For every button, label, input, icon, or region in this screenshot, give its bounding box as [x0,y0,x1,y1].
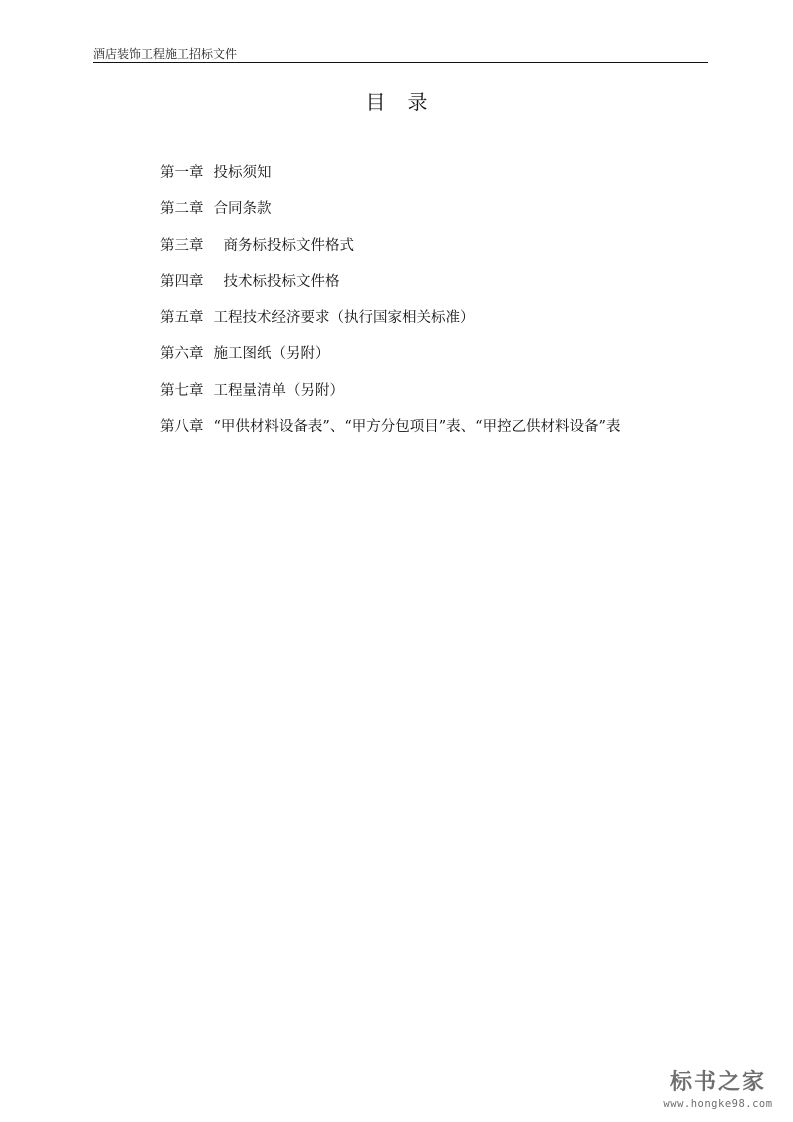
toc-chapter-title: 工程技术经济要求（执行国家相关标准） [214,310,475,326]
toc-chapter-number: 第一章 [160,163,204,183]
toc-item-2[interactable]: 第二章合同条款 [160,199,620,235]
watermark-url: www.hongke98.com [643,1098,793,1110]
toc-chapter-number: 第六章 [160,344,204,364]
toc-chapter-title: 投标须知 [214,165,272,181]
watermark-logo: 标书之家 www.hongke98.com [643,1065,793,1110]
toc-chapter-number: 第三章 [160,236,204,256]
toc-chapter-title: 工程量清单（另附） [214,383,345,399]
page-title: 目录 [0,86,793,115]
toc-chapter-title: 施工图纸（另附） [214,346,330,362]
toc-item-1[interactable]: 第一章投标须知 [160,163,620,199]
toc-chapter-number: 第二章 [160,199,204,219]
page-title-char-2: 录 [408,86,428,115]
toc-item-7[interactable]: 第七章工程量清单（另附） [160,381,620,417]
toc-chapter-number: 第八章 [160,417,204,437]
toc-item-3[interactable]: 第三章商务标投标文件格式 [160,236,620,272]
toc-chapter-number: 第五章 [160,308,204,328]
toc-chapter-title: 合同条款 [214,201,272,217]
toc-chapter-title: 商务标投标文件格式 [224,238,355,254]
header-divider [93,62,708,63]
toc-chapter-number: 第四章 [160,272,204,292]
running-header: 酒店装饰工程施工招标文件 [93,45,237,62]
toc-item-5[interactable]: 第五章工程技术经济要求（执行国家相关标准） [160,308,620,344]
toc-item-4[interactable]: 第四章技术标投标文件格 [160,272,620,308]
table-of-contents: 第一章投标须知 第二章合同条款 第三章商务标投标文件格式 第四章技术标投标文件格… [160,163,620,453]
toc-item-8[interactable]: 第八章“甲供材料设备表”、“甲方分包项目”表、“甲控乙供材料设备”表 [160,417,620,453]
toc-chapter-title: “甲供材料设备表”、“甲方分包项目”表、“甲控乙供材料设备”表 [214,419,621,435]
toc-item-6[interactable]: 第六章施工图纸（另附） [160,344,620,380]
toc-chapter-number: 第七章 [160,381,204,401]
toc-chapter-title: 技术标投标文件格 [224,274,340,290]
watermark-title: 标书之家 [643,1065,793,1096]
page-title-char-1: 目 [366,86,386,115]
